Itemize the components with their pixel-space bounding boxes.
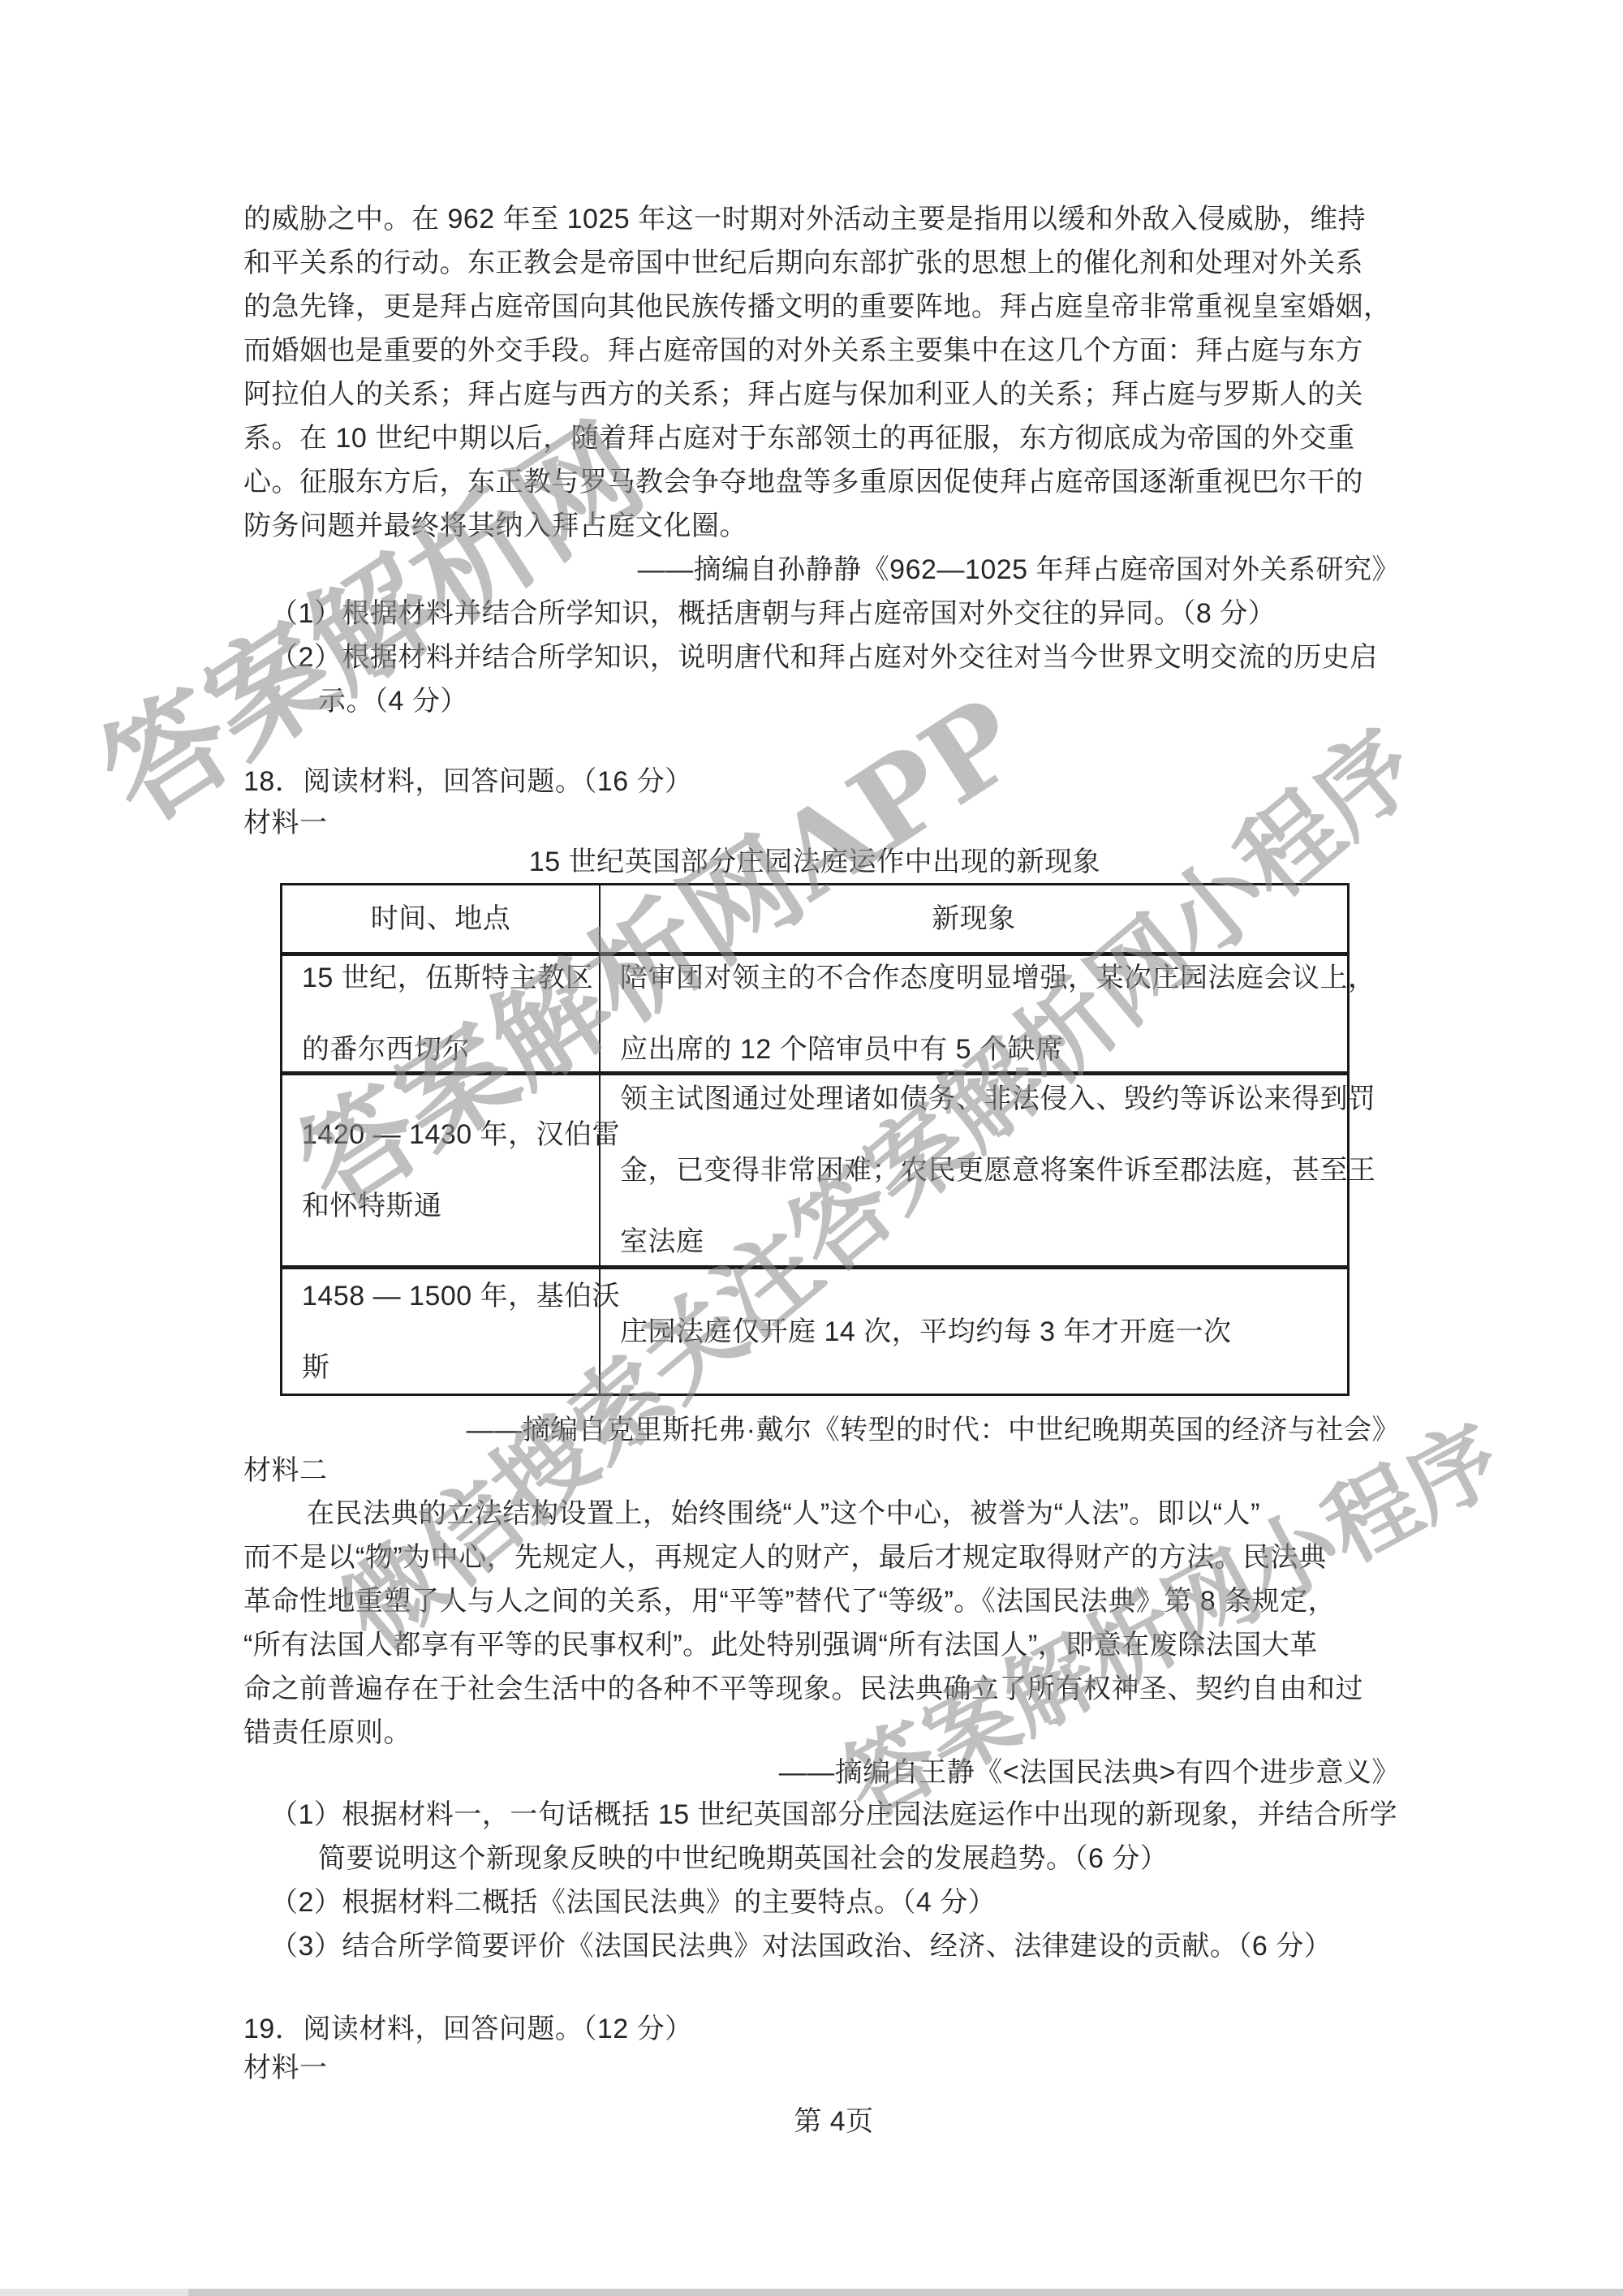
passage-line: 系。在 10 世纪中期以后，随着拜占庭对于东部领土的再征服，东方彻底成为帝国的外…	[243, 420, 1355, 456]
scan-edge-bar-light	[0, 2289, 188, 2296]
scan-edge-bar	[0, 2289, 1623, 2296]
passage-line: 革命性地重塑了人与人之间的关系，用“平等”替代了“等级”。《法国民法典》第 8 …	[243, 1583, 1336, 1619]
table-cell-phenomenon: 陪审团对领主的不合作态度明显增强，某次庄园法庭会议上， 应出席的 12 个陪审员…	[601, 956, 1396, 1071]
column-header: 时间、地点	[371, 902, 511, 935]
page-footer: 第 4页	[268, 2104, 1400, 2139]
question-19-heading: 19．阅读材料，回答问题。（12 分）	[243, 2011, 693, 2047]
table-title: 15 世纪英国部分庄园法庭运作中出现的新现象	[280, 844, 1350, 880]
source-attribution: ——摘编自王静《<法国民法典>有四个进步意义》	[779, 1755, 1400, 1790]
table-cell-phenomenon: 领主试图通过处理诸如债务、非法侵入、毁约等诉讼来得到罚 金，已变得非常困难；农民…	[601, 1075, 1396, 1265]
question-18-heading: 18．阅读材料，回答问题。（16 分）	[243, 764, 693, 799]
passage-line: 阿拉伯人的关系；拜占庭与西方的关系；拜占庭与保加利亚人的关系；拜占庭与罗斯人的关	[243, 377, 1363, 412]
question-item: （1）根据材料并结合所学知识，概括唐朝与拜占庭帝国对外交往的异同。（8 分）	[270, 596, 1276, 631]
passage-line: “所有法国人都享有平等的民事权利”。此处特别强调“所有法国人”，即意在废除法国大…	[243, 1627, 1318, 1663]
passage-line: 心。征服东方后，东正教与罗马教会争夺地盘等多重原因促使拜占庭帝国逐渐重视巴尔干的	[243, 464, 1363, 500]
source-attribution: ——摘编自孙静静《962—1025 年拜占庭帝国对外关系研究》	[638, 552, 1400, 588]
table-header-cell: 时间、地点	[282, 885, 601, 952]
passage-line: 防务问题并最终将其纳入拜占庭文化圈。	[243, 508, 747, 544]
passage-line: 而不是以“物”为中心，先规定人，再规定人的财产，最后才规定取得财产的方法。民法典	[243, 1540, 1327, 1575]
manor-court-table: 时间、地点 新现象 15 世纪，伍斯特主教区 的番尔西切尔 陪审团对领主的不合作…	[280, 883, 1350, 1396]
passage-line: 而婚姻也是重要的外交手段。拜占庭帝国的对外关系主要集中在这几个方面：拜占庭与东方	[243, 333, 1363, 368]
question-item: （3）结合所学简要评价《法国民法典》对法国政治、经济、法律建设的贡献。（6 分）	[270, 1928, 1332, 1964]
question-item-continuation: 简要说明这个新现象反映的中世纪晚期英国社会的发展趋势。（6 分）	[318, 1841, 1168, 1876]
table-row: 15 世纪，伍斯特主教区 的番尔西切尔 陪审团对领主的不合作态度明显增强，某次庄…	[282, 952, 1347, 1071]
table-cell-time: 1420 — 1430 年，汉伯雷 和怀特斯通	[282, 1075, 601, 1265]
material-2-label: 材料二	[243, 1453, 328, 1488]
question-item: （2）根据材料并结合所学知识，说明唐代和拜占庭对外交往对当今世界文明交流的历史启	[270, 640, 1378, 675]
passage-line: 的急先锋，更是拜占庭帝国向其他民族传播文明的重要阵地。拜占庭皇帝非常重视皇室婚姻…	[243, 289, 1392, 325]
table-cell-time: 15 世纪，伍斯特主教区 的番尔西切尔	[282, 956, 601, 1071]
table-cell-phenomenon: 庄园法庭仅开庭 14 次，平均约每 3 年才开庭一次	[601, 1269, 1347, 1394]
source-attribution: ——摘编自克里斯托弗·戴尔《转型的时代：中世纪晚期英国的经济与社会》	[467, 1412, 1400, 1448]
passage-line: 命之前普遍存在于社会生活中的各种不平等现象。民法典确立了所有权神圣、契约自由和过	[243, 1671, 1363, 1707]
passage-line: 和平关系的行动。东正教会是帝国中世纪后期向东部扩张的思想上的催化剂和处理对外关系	[243, 245, 1363, 281]
question-item: （1）根据材料一，一句话概括 15 世纪英国部分庄园法庭运作中出现的新现象，并结…	[270, 1797, 1397, 1833]
question-item: （2）根据材料二概括《法国民法典》的主要特点。（4 分）	[270, 1885, 996, 1920]
table-row: 1420 — 1430 年，汉伯雷 和怀特斯通 领主试图通过处理诸如债务、非法侵…	[282, 1071, 1347, 1265]
passage-line: 错责任原则。	[243, 1715, 411, 1751]
table-cell-time: 1458 — 1500 年，基伯沃 斯	[282, 1269, 601, 1394]
table-header-cell: 新现象	[601, 885, 1347, 952]
passage-line: 的威胁之中。在 962 年至 1025 年这一时期对外活动主要是指用以缓和外敌入…	[243, 201, 1366, 237]
passage-line: 在民法典的立法结构设置上，始终围绕“人”这个中心，被誉为“人法”。即以“人”	[307, 1496, 1260, 1531]
table-row: 1458 — 1500 年，基伯沃 斯 庄园法庭仅开庭 14 次，平均约每 3 …	[282, 1265, 1347, 1394]
question-item-continuation: 示。（4 分）	[318, 683, 468, 719]
table-header-row: 时间、地点 新现象	[282, 885, 1347, 952]
material-1-label: 材料一	[243, 805, 328, 841]
column-header: 新现象	[932, 902, 1016, 935]
exam-paper-page: 答案解析网 答案解析网APP 微信搜索关注答案解析网小程序 答案解析网小程序 的…	[0, 0, 1623, 2296]
material-1-label: 材料一	[243, 2050, 328, 2086]
